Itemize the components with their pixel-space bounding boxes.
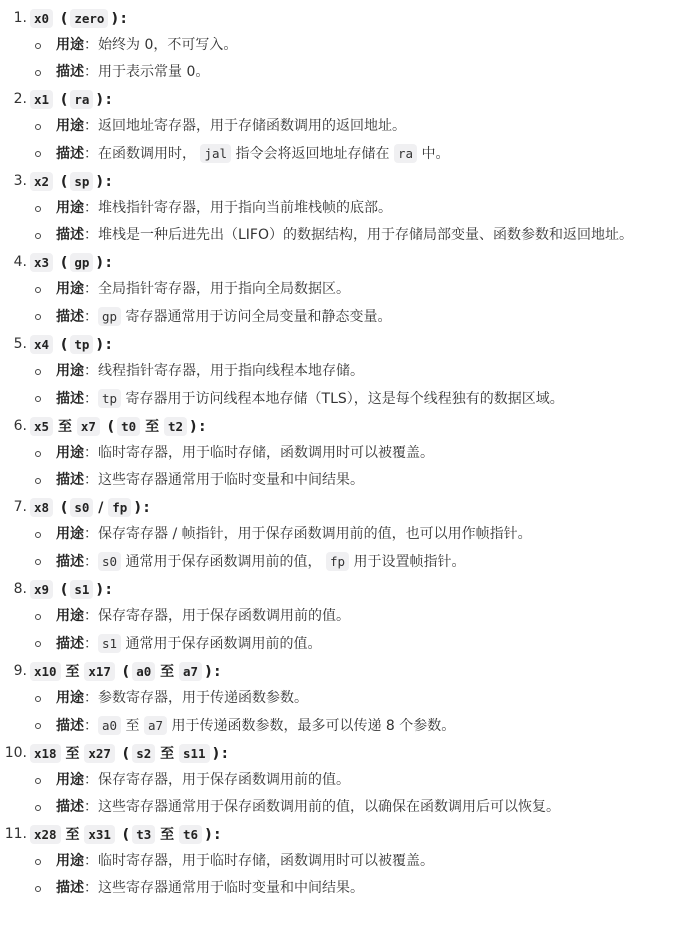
code-alias: sp xyxy=(70,172,93,191)
item-heading: x10 至 x17 (a0 至 a7): xyxy=(30,658,692,685)
register-item-x18-x27: 10. x18 至 x27 (s2 至 s11): 用途：保存寄存器，用于保存函… xyxy=(0,740,692,821)
code-alias: fp xyxy=(108,498,131,517)
desc-line: 描述：堆栈是一种后进先出（LIFO）的数据结构，用于存储局部变量、函数参数和返回… xyxy=(56,222,692,249)
code-register: x31 xyxy=(84,825,115,844)
desc-line: 描述：a0 至 a7 用于传递函数参数，最多可以传递 8 个参数。 xyxy=(56,712,692,740)
usage-line: 用途：堆栈指针寄存器，用于指向当前堆栈帧的底部。 xyxy=(56,195,692,222)
register-item-x1: 2. x1 (ra): 用途：返回地址寄存器，用于存储函数调用的返回地址。 描述… xyxy=(0,86,692,168)
code-alias: tp xyxy=(70,335,93,354)
code-inline: s1 xyxy=(98,634,121,653)
code-inline: tp xyxy=(98,389,121,408)
desc-line: 描述：这些寄存器通常用于临时变量和中间结果。 xyxy=(56,467,692,494)
usage-line: 用途：始终为 0，不可写入。 xyxy=(56,32,692,59)
item-heading: x0 (zero): xyxy=(30,5,692,32)
code-inline: a7 xyxy=(144,716,167,735)
desc-line: 描述：s1 通常用于保存函数调用前的值。 xyxy=(56,630,692,658)
code-register: x10 xyxy=(30,662,61,681)
item-number: 6. xyxy=(0,413,27,440)
usage-line: 用途：全局指针寄存器，用于指向全局数据区。 xyxy=(56,276,692,303)
usage-line: 用途：参数寄存器，用于传递函数参数。 xyxy=(56,685,692,712)
desc-line: 描述：tp 寄存器用于访问线程本地存储（TLS），这是每个线程独有的数据区域。 xyxy=(56,385,692,413)
code-alias: s11 xyxy=(179,744,210,763)
item-number: 7. xyxy=(0,494,27,521)
usage-line: 用途：临时寄存器，用于临时存储，函数调用时可以被覆盖。 xyxy=(56,440,692,467)
code-alias: zero xyxy=(70,9,108,28)
item-number: 9. xyxy=(0,658,27,685)
item-number: 2. xyxy=(0,86,27,113)
register-item-x4: 5. x4 (tp): 用途：线程指针寄存器，用于指向线程本地存储。 描述：tp… xyxy=(0,331,692,413)
code-register: x0 xyxy=(30,9,53,28)
code-alias: t0 xyxy=(117,417,140,436)
usage-line: 用途：保存寄存器，用于保存函数调用前的值。 xyxy=(56,603,692,630)
item-heading: x8 (s0 / fp): xyxy=(30,494,692,521)
code-register: x1 xyxy=(30,90,53,109)
usage-line: 用途：保存寄存器 / 帧指针，用于保存函数调用前的值，也可以用作帧指针。 xyxy=(56,521,692,548)
desc-line: 描述：这些寄存器通常用于临时变量和中间结果。 xyxy=(56,875,692,902)
item-heading: x5 至 x7 (t0 至 t2): xyxy=(30,413,692,440)
code-alias: t6 xyxy=(179,825,202,844)
code-alias: s1 xyxy=(70,580,93,599)
code-inline: s0 xyxy=(98,552,121,571)
item-heading: x2 (sp): xyxy=(30,168,692,195)
code-register: x18 xyxy=(30,744,61,763)
usage-line: 用途：临时寄存器，用于临时存储，函数调用时可以被覆盖。 xyxy=(56,848,692,875)
code-register: x8 xyxy=(30,498,53,517)
item-number: 8. xyxy=(0,576,27,603)
code-inline: a0 xyxy=(98,716,121,735)
item-heading: x18 至 x27 (s2 至 s11): xyxy=(30,740,692,767)
item-heading: x4 (tp): xyxy=(30,331,692,358)
desc-line: 描述：在函数调用时， jal 指令会将返回地址存储在 ra 中。 xyxy=(56,140,692,168)
code-alias: ra xyxy=(70,90,93,109)
item-number: 1. xyxy=(0,5,27,32)
item-heading: x3 (gp): xyxy=(30,249,692,276)
code-register: x9 xyxy=(30,580,53,599)
item-number: 11. xyxy=(0,821,27,848)
register-list: 1. x0 (zero): 用途：始终为 0，不可写入。 描述：用于表示常量 0… xyxy=(0,0,692,902)
code-register: x28 xyxy=(30,825,61,844)
code-alias: s0 xyxy=(70,498,93,517)
code-register: x17 xyxy=(84,662,115,681)
code-alias: t3 xyxy=(132,825,155,844)
code-register: x2 xyxy=(30,172,53,191)
desc-line: 描述：这些寄存器通常用于保存函数调用前的值，以确保在函数调用后可以恢复。 xyxy=(56,794,692,821)
code-inline: fp xyxy=(326,552,349,571)
register-item-x10-x17: 9. x10 至 x17 (a0 至 a7): 用途：参数寄存器，用于传递函数参… xyxy=(0,658,692,740)
item-number: 3. xyxy=(0,168,27,195)
register-item-x8: 7. x8 (s0 / fp): 用途：保存寄存器 / 帧指针，用于保存函数调用… xyxy=(0,494,692,576)
code-inline: gp xyxy=(98,307,121,326)
item-heading: x1 (ra): xyxy=(30,86,692,113)
register-item-x3: 4. x3 (gp): 用途：全局指针寄存器，用于指向全局数据区。 描述：gp … xyxy=(0,249,692,331)
desc-line: 描述：gp 寄存器通常用于访问全局变量和静态变量。 xyxy=(56,303,692,331)
desc-line: 描述：用于表示常量 0。 xyxy=(56,59,692,86)
item-number: 4. xyxy=(0,249,27,276)
usage-line: 用途：保存寄存器，用于保存函数调用前的值。 xyxy=(56,767,692,794)
item-number: 10. xyxy=(0,740,27,767)
code-register: x7 xyxy=(77,417,100,436)
code-register: x3 xyxy=(30,253,53,272)
code-alias: a0 xyxy=(132,662,155,681)
code-alias: s2 xyxy=(132,744,155,763)
code-inline: ra xyxy=(394,144,417,163)
register-item-x28-x31: 11. x28 至 x31 (t3 至 t6): 用途：临时寄存器，用于临时存储… xyxy=(0,821,692,902)
usage-line: 用途：返回地址寄存器，用于存储函数调用的返回地址。 xyxy=(56,113,692,140)
register-item-x0: 1. x0 (zero): 用途：始终为 0，不可写入。 描述：用于表示常量 0… xyxy=(0,5,692,86)
usage-line: 用途：线程指针寄存器，用于指向线程本地存储。 xyxy=(56,358,692,385)
item-heading: x9 (s1): xyxy=(30,576,692,603)
register-item-x2: 3. x2 (sp): 用途：堆栈指针寄存器，用于指向当前堆栈帧的底部。 描述：… xyxy=(0,168,692,249)
code-register: x27 xyxy=(84,744,115,763)
code-alias: gp xyxy=(70,253,93,272)
desc-line: 描述：s0 通常用于保存函数调用前的值， fp 用于设置帧指针。 xyxy=(56,548,692,576)
item-heading: x28 至 x31 (t3 至 t6): xyxy=(30,821,692,848)
code-alias: a7 xyxy=(179,662,202,681)
item-number: 5. xyxy=(0,331,27,358)
code-register: x4 xyxy=(30,335,53,354)
code-alias: t2 xyxy=(164,417,187,436)
code-inline: jal xyxy=(200,144,231,163)
register-item-x5-x7: 6. x5 至 x7 (t0 至 t2): 用途：临时寄存器，用于临时存储，函数… xyxy=(0,413,692,494)
register-item-x9: 8. x9 (s1): 用途：保存寄存器，用于保存函数调用前的值。 描述：s1 … xyxy=(0,576,692,658)
code-register: x5 xyxy=(30,417,53,436)
